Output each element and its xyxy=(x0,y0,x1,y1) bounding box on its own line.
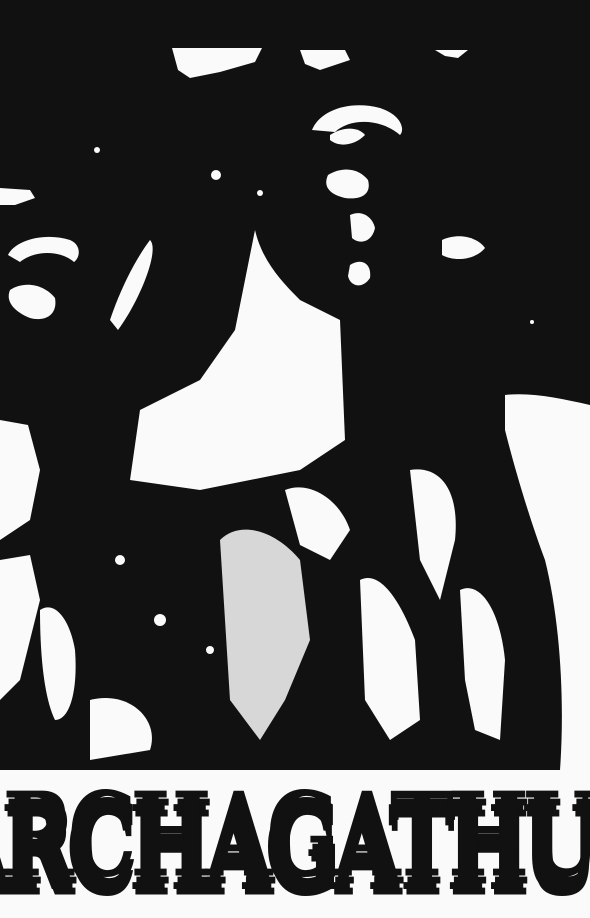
cover-artwork: ARCHAGATHUS xyxy=(0,0,590,918)
band-logo: ARCHAGATHUS xyxy=(0,747,590,918)
